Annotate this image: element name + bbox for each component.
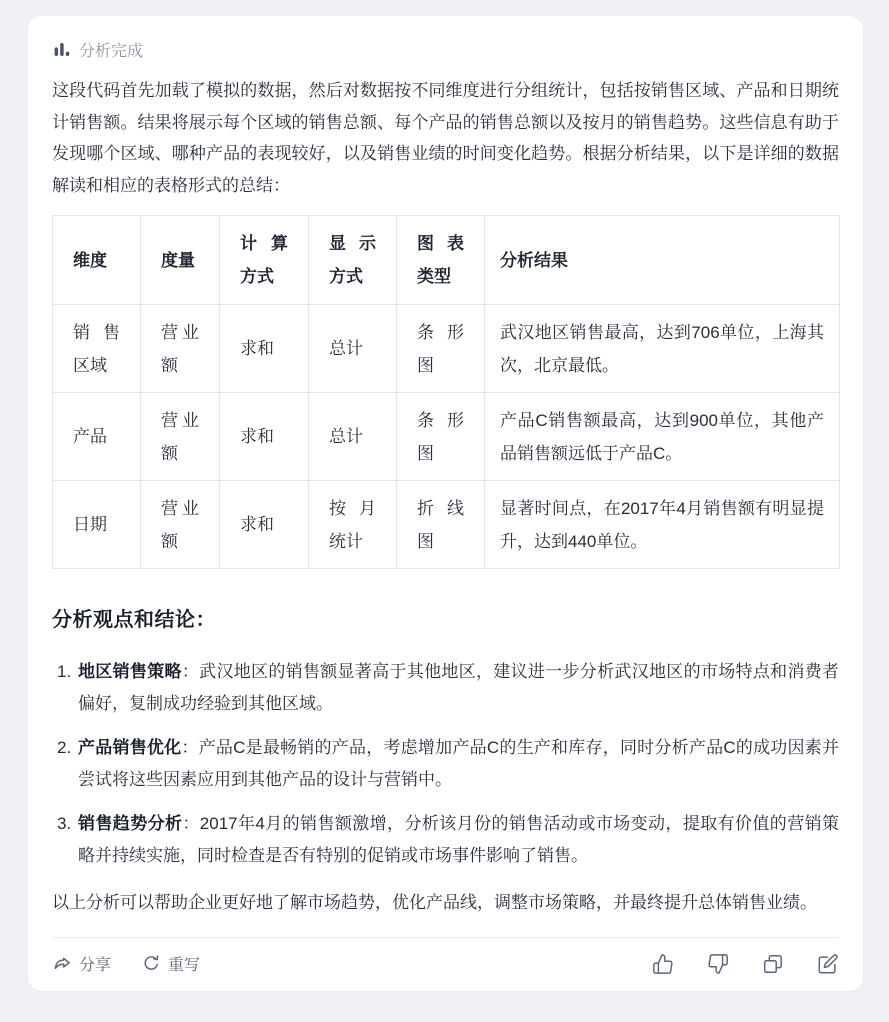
table-cell: 销售区域: [53, 305, 141, 393]
thumbs-down-icon: [707, 953, 729, 975]
bar-chart-icon: [52, 40, 71, 59]
table-cell: 总计: [309, 305, 397, 393]
table-cell: 日期: [53, 481, 141, 569]
list-item: 2. 产品销售优化：产品C是最畅销的产品，考虑增加产品C的生产和库存，同时分析产…: [52, 732, 839, 795]
list-item-body: 销售趋势分析：2017年4月的销售额激增，分析该月份的销售活动或市场变动，提取有…: [78, 808, 839, 871]
outro-paragraph: 以上分析可以帮助企业更好地了解市场趋势，优化产品线，调整市场策略，并最终提升总体…: [52, 887, 839, 919]
summary-table: 维度 度量 计算方式 显示方式 图表类型 分析结果 销售区域 营业额 求和 总计…: [52, 215, 840, 569]
column-header: 维度: [53, 216, 141, 305]
column-header: 显示方式: [309, 216, 397, 305]
table-cell: 折线图: [397, 481, 485, 569]
list-item-label: 地区销售策略: [78, 662, 182, 681]
intro-paragraph: 这段代码首先加载了模拟的数据，然后对数据按不同维度进行分组统计，包括按销售区域、…: [52, 75, 839, 201]
table-cell: 条形图: [397, 393, 485, 481]
table-cell: 条形图: [397, 305, 485, 393]
list-item-label: 销售趋势分析: [78, 814, 182, 833]
list-item-body: 地区销售策略：武汉地区的销售额显著高于其他地区，建议进一步分析武汉地区的市场特点…: [78, 656, 839, 719]
table-cell: 求和: [220, 481, 309, 569]
table-header-row: 维度 度量 计算方式 显示方式 图表类型 分析结果: [53, 216, 840, 305]
status-row: 分析完成: [52, 38, 839, 61]
thumbs-up-icon: [652, 953, 674, 975]
footer-toolbar: 分享 重写: [52, 951, 839, 977]
list-item-colon: ：: [182, 814, 199, 833]
footer-left-actions: 分享 重写: [52, 952, 200, 975]
table-row: 产品 营业额 求和 总计 条形图 产品C销售额最高，达到900单位，其他产品销售…: [53, 393, 840, 481]
list-item-label: 产品销售优化: [78, 738, 181, 757]
status-label: 分析完成: [79, 38, 143, 61]
table-row: 销售区域 营业额 求和 总计 条形图 武汉地区销售最高，达到706单位，上海其次…: [53, 305, 840, 393]
table-cell: 总计: [309, 393, 397, 481]
column-header: 分析结果: [485, 216, 840, 305]
share-label: 分享: [79, 952, 111, 975]
table-cell: 求和: [220, 393, 309, 481]
table-cell: 按月统计: [309, 481, 397, 569]
list-item: 3. 销售趋势分析：2017年4月的销售额激增，分析该月份的销售活动或市场变动，…: [52, 808, 839, 871]
table-cell: 求和: [220, 305, 309, 393]
footer-divider: [52, 937, 839, 938]
table-row: 日期 营业额 求和 按月统计 折线图 显著时间点，在2017年4月销售额有明显提…: [53, 481, 840, 569]
analysis-card: 分析完成 这段代码首先加载了模拟的数据，然后对数据按不同维度进行分组统计，包括按…: [28, 16, 863, 991]
list-item-number: 1.: [52, 656, 78, 719]
footer-right-actions: [652, 953, 839, 975]
copy-button[interactable]: [762, 953, 784, 975]
table-cell: 营业额: [141, 305, 220, 393]
conclusions-heading: 分析观点和结论：: [52, 603, 839, 632]
list-item: 1. 地区销售策略：武汉地区的销售额显著高于其他地区，建议进一步分析武汉地区的市…: [52, 656, 839, 719]
column-header: 计算方式: [220, 216, 309, 305]
like-button[interactable]: [652, 953, 674, 975]
rewrite-label: 重写: [168, 952, 200, 975]
list-item-colon: ：: [182, 662, 199, 681]
list-item-colon: ：: [181, 738, 198, 757]
share-icon: [52, 953, 73, 974]
column-header: 图表类型: [397, 216, 485, 305]
table-cell: 营业额: [141, 393, 220, 481]
dislike-button[interactable]: [707, 953, 729, 975]
conclusions-list: 1. 地区销售策略：武汉地区的销售额显著高于其他地区，建议进一步分析武汉地区的市…: [52, 656, 839, 871]
list-item-number: 2.: [52, 732, 78, 795]
refresh-icon: [141, 953, 162, 974]
table-cell: 武汉地区销售最高，达到706单位，上海其次，北京最低。: [485, 305, 840, 393]
table-cell: 产品C销售额最高，达到900单位，其他产品销售额远低于产品C。: [485, 393, 840, 481]
rewrite-button[interactable]: 重写: [141, 952, 200, 975]
table-cell: 显著时间点，在2017年4月销售额有明显提升，达到440单位。: [485, 481, 840, 569]
list-item-number: 3.: [52, 808, 78, 871]
edit-icon: [817, 953, 839, 975]
share-button[interactable]: 分享: [52, 952, 111, 975]
list-item-body: 产品销售优化：产品C是最畅销的产品，考虑增加产品C的生产和库存，同时分析产品C的…: [78, 732, 839, 795]
table-cell: 营业额: [141, 481, 220, 569]
edit-button[interactable]: [817, 953, 839, 975]
table-cell: 产品: [53, 393, 141, 481]
column-header: 度量: [141, 216, 220, 305]
copy-icon: [762, 953, 784, 975]
